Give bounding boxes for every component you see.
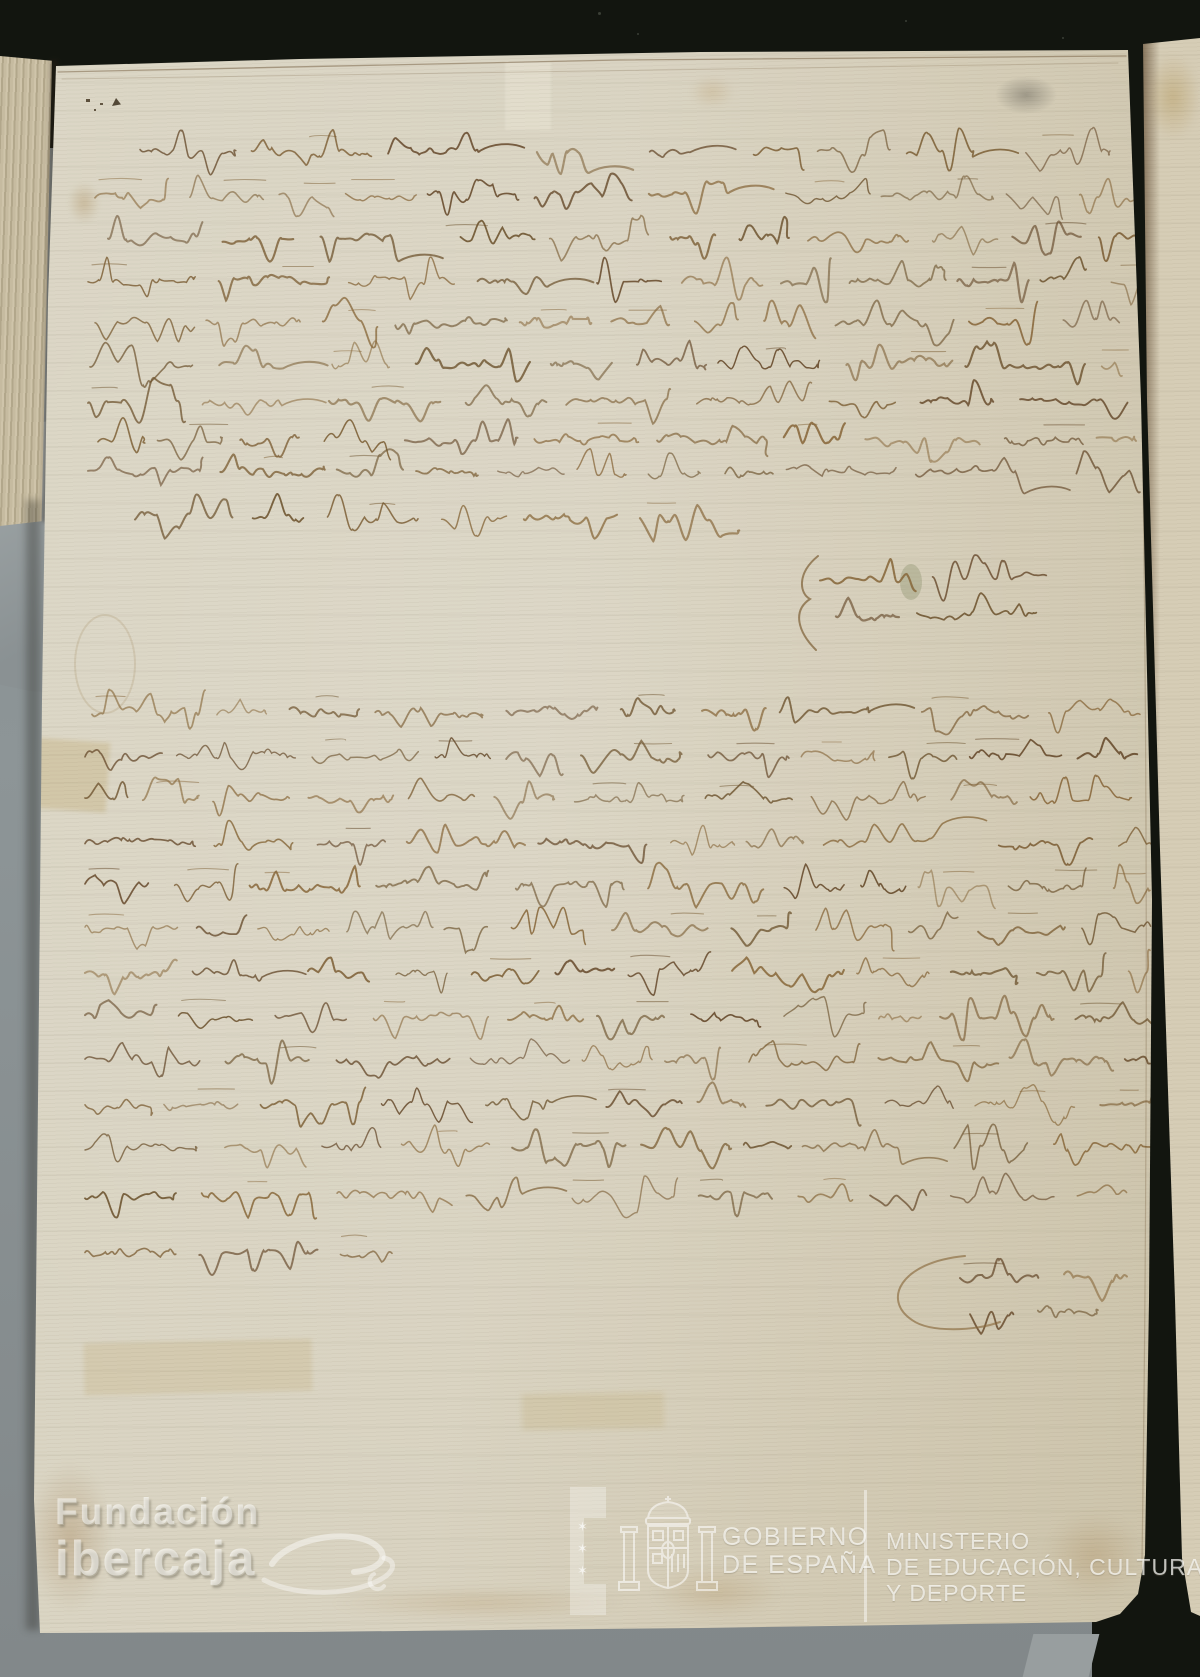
dust-speck [905, 20, 907, 22]
manuscript-page [0, 0, 1200, 1677]
dust-speck [598, 12, 601, 15]
board-highlight [1023, 1634, 1100, 1677]
manuscript-scan: Fundación ibercaja ✶ ✶ ✶ [0, 0, 1200, 1677]
paper-texture [0, 0, 1200, 1677]
dust-speck [637, 33, 639, 35]
dust-speck [1062, 37, 1064, 39]
